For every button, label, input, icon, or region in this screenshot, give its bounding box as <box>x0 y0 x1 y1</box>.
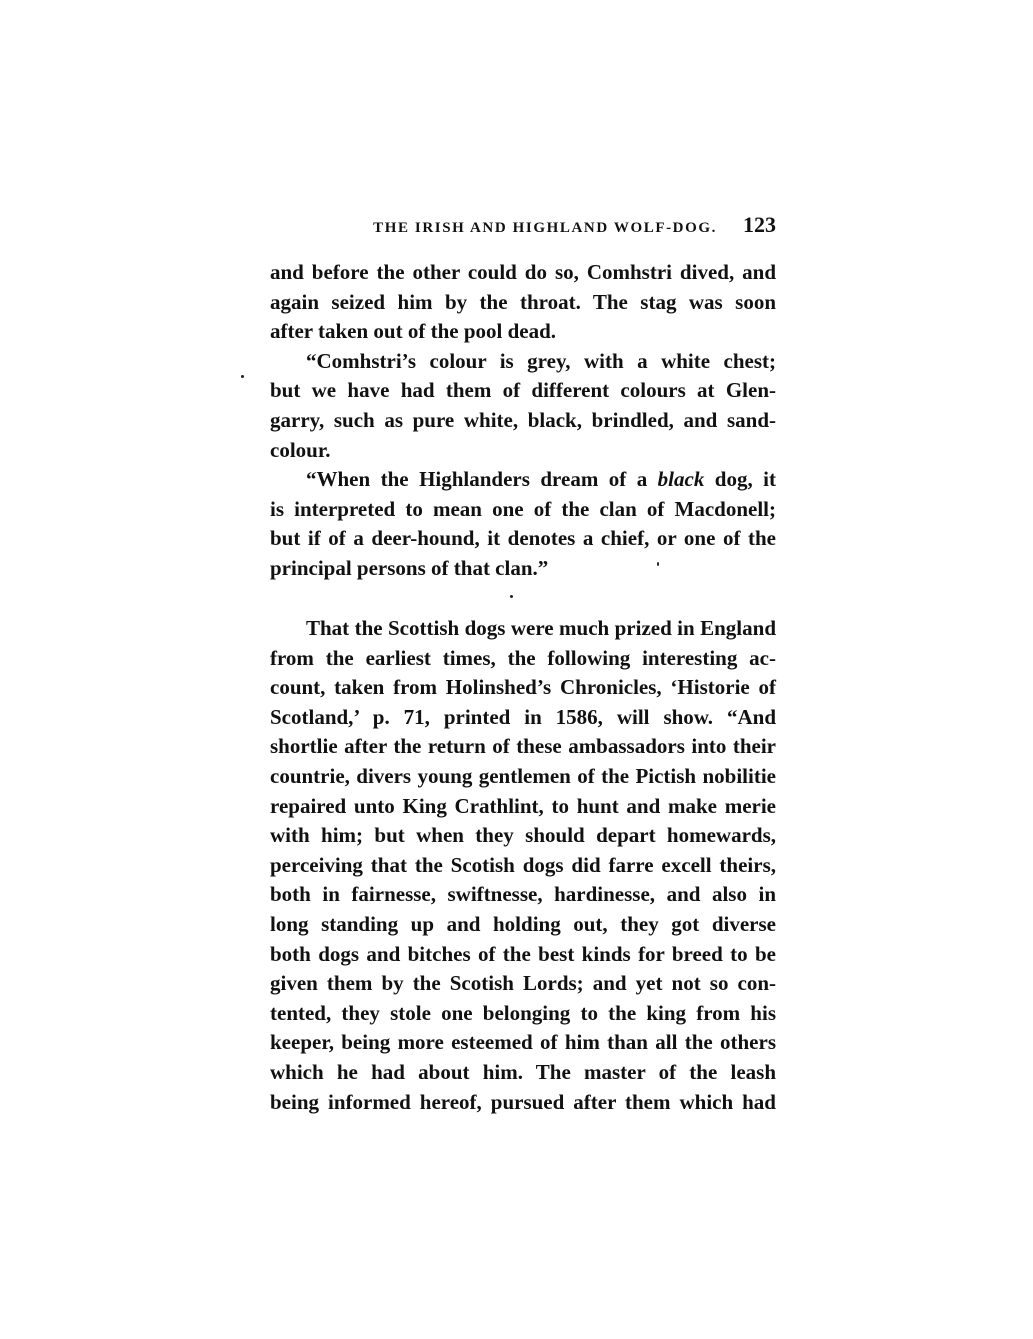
text-line: but if of a deer-hound, it denotes a chi… <box>270 524 776 554</box>
text-line: keeper, being more esteemed of him than … <box>270 1028 776 1058</box>
text-line: shortlie after the return of these ambas… <box>270 732 776 762</box>
text-line: after taken out of the pool dead. <box>270 317 776 347</box>
text-line: repaired unto King Crathlint, to hunt an… <box>270 792 776 822</box>
text-line: both dogs and bitches of the best kinds … <box>270 940 776 970</box>
text-line: tented, they stole one belonging to the … <box>270 999 776 1029</box>
text-line: with him; but when they should depart ho… <box>270 821 776 851</box>
text-line: being informed hereof, pursued after the… <box>270 1088 776 1118</box>
running-head: THE IRISH AND HIGHLAND WOLF-DOG. 123 <box>270 212 776 246</box>
text-line: is interpreted to mean one of the clan o… <box>270 495 776 525</box>
text-fragment: “When the Highlanders dream of a <box>306 467 658 491</box>
text-line: long standing up and holding out, they g… <box>270 910 776 940</box>
text-line: colour. <box>270 436 776 466</box>
running-title: THE IRISH AND HIGHLAND WOLF-DOG. <box>373 220 717 237</box>
text-line: from the earliest times, the following i… <box>270 644 776 674</box>
text-fragment: dog, it <box>704 467 776 491</box>
text-line: principal persons of that clan.” <box>270 554 776 584</box>
text-line: but we have had them of different colour… <box>270 376 776 406</box>
text-line: That the Scottish dogs were much prized … <box>270 614 776 644</box>
book-page: THE IRISH AND HIGHLAND WOLF-DOG. 123 and… <box>0 0 1033 1339</box>
text-line: both in fairnesse, swiftnesse, hardiness… <box>270 880 776 910</box>
text-line: countrie, divers young gentlemen of the … <box>270 762 776 792</box>
text-line: given them by the Scotish Lords; and yet… <box>270 969 776 999</box>
scan-speck <box>510 595 513 598</box>
text-line: which he had about him. The master of th… <box>270 1058 776 1088</box>
text-line: again seized him by the throat. The stag… <box>270 288 776 318</box>
text-line: and before the other could do so, Comhst… <box>270 258 776 288</box>
text-line: perceiving that the Scotish dogs did far… <box>270 851 776 881</box>
italic-word: black <box>658 467 705 491</box>
quoted-passage: and before the other could do so, Comhst… <box>270 258 776 584</box>
text-line: count, taken from Holinshed’s Chronicles… <box>270 673 776 703</box>
page-number: 123 <box>743 212 776 238</box>
text-line: Scotland,’ p. 71, printed in 1586, will … <box>270 703 776 733</box>
text-line: garry, such as pure white, black, brindl… <box>270 406 776 436</box>
text-line-with-italic: “When the Highlanders dream of a black d… <box>270 465 776 495</box>
scan-speck <box>241 375 244 378</box>
text-line: “Comhstri’s colour is grey, with a white… <box>270 347 776 377</box>
scan-speck <box>657 562 659 566</box>
main-paragraph: That the Scottish dogs were much prized … <box>270 614 776 1117</box>
